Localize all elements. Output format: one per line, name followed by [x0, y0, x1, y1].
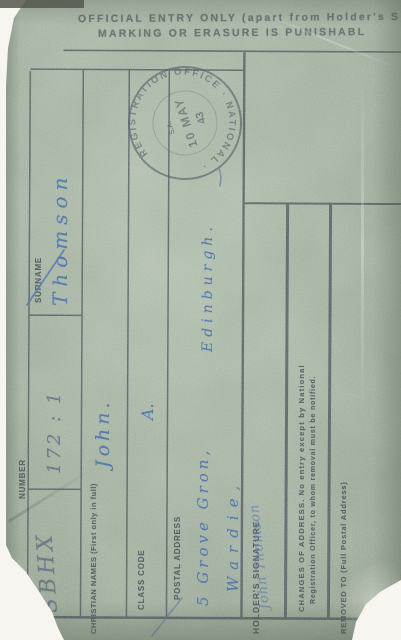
christian-names-value-handwriting: John.	[92, 398, 114, 468]
field-label-number: NUMBER	[18, 459, 27, 499]
card-paper: OFFICIAL ENTRY ONLY (apart from Holder's…	[0, 0, 401, 640]
surname-value-handwriting: Thomson	[48, 172, 72, 306]
stamp-date-line2: 43	[194, 110, 209, 125]
field-label-changes-of-address-line2: Registration Officer, to whom removal mu…	[310, 376, 317, 604]
field-label-class-code: CLASS CODE	[137, 550, 146, 610]
stamp-region-code: S.A.	[166, 120, 177, 135]
field-label-postal-address: POSTAL ADDRESS	[173, 516, 182, 600]
field-label-surname: SURNAME	[34, 257, 43, 303]
field-label-changes-of-address-line1: CHANGES OF ADDRESS. No entry except by N…	[297, 364, 306, 612]
registration-office-stamp: REGISTRATION OFFICE · NATIONAL · S.A. 10…	[103, 41, 267, 205]
crease-right-edge	[361, 80, 364, 410]
number-value-handwriting-part2: 172 : 1	[44, 390, 65, 474]
scanned-identity-card: OFFICIAL ENTRY ONLY (apart from Holder's…	[0, 0, 401, 640]
official-warning-line2: MARKING OR ERASURE IS PUNISHABL	[98, 26, 366, 40]
number-value-handwriting-part1: SBHX	[32, 530, 63, 614]
field-label-removed-to: REMOVED TO (Full Postal Address)	[339, 481, 348, 634]
class-code-value-handwriting: A.	[138, 403, 157, 420]
postal-address-handwriting-line1: 5 Grove Gron,	[194, 447, 212, 606]
postal-address-handwriting-line2: Wardie,	[224, 478, 242, 592]
official-warning-line1: OFFICIAL ENTRY ONLY (apart from Holder's…	[78, 11, 400, 25]
postal-address-handwriting-line3: Edinburgh.	[200, 222, 216, 352]
stamp-date-line1: 10 MAY	[171, 96, 200, 149]
worn-corner-patch	[340, 560, 400, 620]
scan-edge-shadow	[0, 0, 84, 8]
svg-text:REGISTRATION OFFICE · NATIONAL: REGISTRATION OFFICE · NATIONAL ·	[113, 52, 252, 191]
field-label-christian-names: CHRISTIAN NAMES (First only in full)	[89, 483, 98, 634]
stamp-ring-text: REGISTRATION OFFICE · NATIONAL ·	[113, 52, 252, 191]
